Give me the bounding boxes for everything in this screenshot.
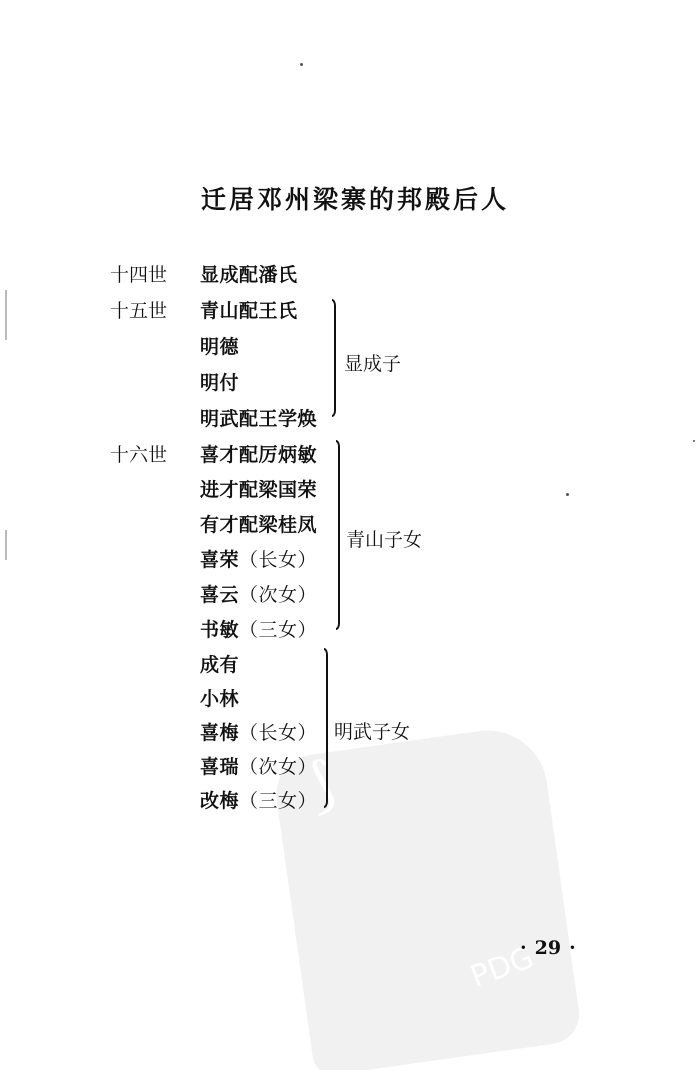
brace-bracket: [324, 648, 328, 808]
generation-label-15: 十五世: [110, 296, 167, 323]
entry-note: （次女）: [239, 756, 317, 778]
entry-name: 青山配王氏: [200, 296, 298, 323]
entry-text: 小林: [200, 688, 239, 710]
entry-text: 有才配梁桂凤: [200, 514, 317, 536]
brace-bracket: [332, 299, 336, 417]
entry-text: 喜梅: [200, 722, 239, 744]
brace-bracket: [336, 440, 340, 630]
entry-name: 明武配王学焕: [200, 404, 317, 431]
generation-label-14: 十四世: [110, 260, 167, 287]
page-number-dot-left: ·: [520, 937, 527, 959]
entry-name: 成有: [200, 650, 239, 677]
document-page: ⟆ PDG 迁居邓州梁寨的邦殿后人 十四世 显成配潘氏 十五世 青山配王氏 明德…: [0, 0, 700, 1070]
entry-name: 显成配潘氏: [200, 260, 298, 287]
scan-artifact: [5, 290, 7, 340]
entry-note: （次女）: [239, 584, 317, 606]
scan-artifact: [5, 530, 7, 560]
entry-name: 书敏（三女）: [200, 615, 317, 642]
entry-name: 喜梅（长女）: [200, 718, 317, 745]
entry-name: 改梅（三女）: [200, 786, 317, 813]
group-label: 明武子女: [334, 717, 410, 744]
entry-text: 喜云: [200, 584, 239, 606]
scan-speck: [693, 440, 695, 442]
entry-text: 明武配王学焕: [200, 408, 317, 430]
entry-text: 喜荣: [200, 549, 239, 571]
entry-note: （长女）: [239, 549, 317, 571]
page-number-dot-right: ·: [569, 937, 576, 959]
entry-text: 青山配王氏: [200, 300, 298, 322]
entry-name: 有才配梁桂凤: [200, 510, 317, 537]
generation-label-16: 十六世: [110, 440, 167, 467]
page-number: ·29·: [512, 937, 584, 959]
scan-speck: [300, 63, 303, 66]
page-title: 迁居邓州梁寨的邦殿后人: [0, 180, 700, 216]
entry-name: 进才配梁国荣: [200, 475, 317, 502]
entry-text: 明德: [200, 336, 239, 358]
entry-text: 喜瑞: [200, 756, 239, 778]
entry-name: 明付: [200, 368, 239, 395]
group-label: 显成子: [344, 349, 401, 376]
entry-text: 显成配潘氏: [200, 264, 298, 286]
entry-name: 小林: [200, 684, 239, 711]
entry-note: （三女）: [239, 619, 317, 641]
entry-name: 明德: [200, 332, 239, 359]
entry-text: 喜才配厉炳敏: [200, 444, 317, 466]
entry-name: 喜瑞（次女）: [200, 752, 317, 779]
entry-name: 喜才配厉炳敏: [200, 440, 317, 467]
entry-text: 改梅: [200, 790, 239, 812]
scan-speck: [566, 493, 569, 496]
entry-text: 书敏: [200, 619, 239, 641]
entry-name: 喜云（次女）: [200, 580, 317, 607]
entry-note: （长女）: [239, 722, 317, 744]
page-number-text: 29: [535, 937, 561, 959]
entry-text: 成有: [200, 654, 239, 676]
entry-note: （三女）: [239, 790, 317, 812]
entry-text: 明付: [200, 372, 239, 394]
entry-name: 喜荣（长女）: [200, 545, 317, 572]
entry-text: 进才配梁国荣: [200, 479, 317, 501]
group-label: 青山子女: [346, 525, 422, 552]
